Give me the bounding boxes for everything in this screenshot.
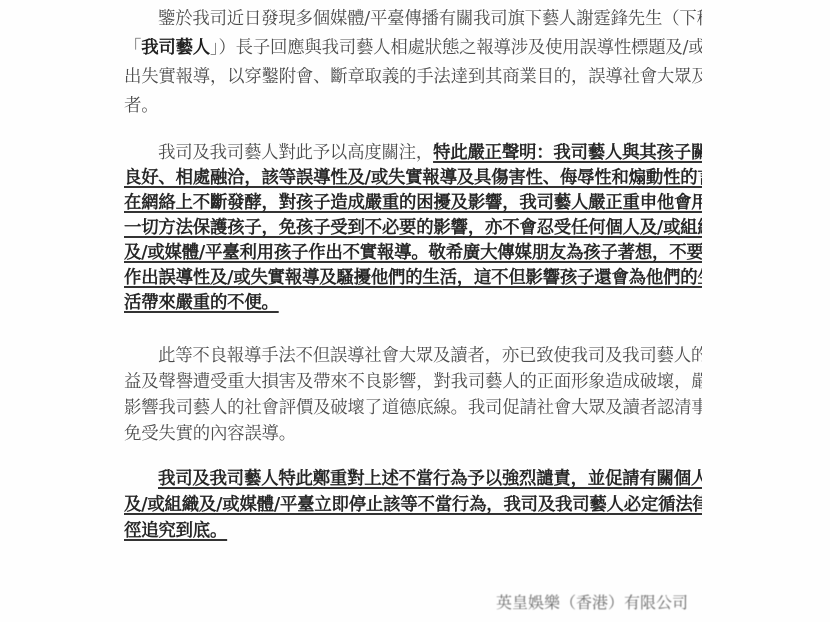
text-segment: 此等不良報導手法不但誤導社會大眾及讀者，亦已致使我司及我司藝人的權 [158, 346, 702, 366]
text-segment: 出失實報導，以穿鑿附會、斷章取義的手法達到其商業目的，誤導社會大眾及讀 [124, 67, 702, 87]
paragraph-line: 鑒於我司近日發現多個媒體/平臺傳播有關我司旗下藝人謝霆鋒先生（下稱 [124, 5, 702, 34]
paragraph-impact: 此等不良報導手法不但誤導社會大眾及讀者，亦已致使我司及我司藝人的權 益及聲譽遭受… [124, 343, 702, 447]
text-segment: 者。 [124, 96, 158, 116]
paragraph-declaration: 我司及我司藝人對此予以高度關注，特此嚴正聲明：我司藝人與其孩子關係 良好、相處融… [124, 141, 702, 316]
paragraph-line: 「我司藝人」）長子回應與我司藝人相處狀態之報導涉及使用誤導性標題及/或作 [124, 34, 702, 63]
paragraph-line: 活帶來嚴重的不便。 [124, 291, 702, 316]
text-segment: 益及聲譽遭受重大損害及帶來不良影響，對我司藝人的正面形象造成破壞，嚴重 [124, 372, 702, 392]
paragraph-line: 及/或組織及/或媒體/平臺立即停止該等不當行為，我司及我司藝人必定循法律途 [124, 492, 702, 518]
paragraph-line: 良好、相處融洽，該等誤導性及/或失實報導及具傷害性、侮辱性和煽動性的言論 [124, 166, 702, 191]
paragraph-line: 一切方法保護孩子，免孩子受到不必要的影響，亦不會忍受任何個人及/或組織 [124, 216, 702, 241]
text-segment: 影響我司藝人的社會評價及破壞了道德底線。我司促請社會大眾及讀者認清事實， [124, 398, 702, 418]
paragraph-line: 在網絡上不斷發酵，對孩子造成嚴重的困擾及影響，我司藝人嚴正重申他會用盡 [124, 191, 702, 216]
underlined-text: 及/或組織及/或媒體/平臺立即停止該等不當行為，我司及我司藝人必定循法律途 [124, 495, 702, 515]
underlined-text: 特此嚴正聲明：我司藝人與其孩子關係 [433, 143, 702, 163]
text-segment: 」）長子回應與我司藝人相處狀態之報導涉及使用誤導性標題及/或作 [210, 38, 702, 58]
paragraph-line: 我司及我司藝人特此鄭重對上述不當行為予以強烈譴責，並促請有關個人 [124, 466, 702, 492]
underlined-text: 一切方法保護孩子，免孩子受到不必要的影響，亦不會忍受任何個人及/或組織 [124, 218, 702, 238]
paragraph-line: 免受失實的內容誤導。 [124, 421, 702, 447]
paragraph-line: 出失實報導，以穿鑿附會、斷章取義的手法達到其商業目的，誤導社會大眾及讀 [124, 63, 702, 92]
paragraph-line: 此等不良報導手法不但誤導社會大眾及讀者，亦已致使我司及我司藝人的權 [124, 343, 702, 369]
statement-page: 鑒於我司近日發現多個媒體/平臺傳播有關我司旗下藝人謝霆鋒先生（下稱 「我司藝人」… [0, 0, 830, 622]
paragraph-line: 者。 [124, 92, 702, 121]
paragraph-line: 徑追究到底。 [124, 518, 702, 544]
paragraph-line: 益及聲譽遭受重大損害及帶來不良影響，對我司藝人的正面形象造成破壞，嚴重 [124, 369, 702, 395]
text-segment: 免受失實的內容誤導。 [124, 424, 296, 444]
underlined-text: 活帶來嚴重的不便。 [124, 293, 279, 313]
text-segment: 我司及我司藝人對此予以高度關注， [158, 143, 433, 163]
underlined-text: 作出誤導性及/或失實報導及騷擾他們的生活，這不但影響孩子還會為他們的生 [124, 268, 702, 288]
underlined-text: 良好、相處融洽，該等誤導性及/或失實報導及具傷害性、侮辱性和煽動性的言論 [124, 168, 702, 188]
underlined-text: 在網絡上不斷發酵，對孩子造成嚴重的困擾及影響，我司藝人嚴正重申他會用盡 [124, 193, 702, 213]
text-segment: 「 [124, 38, 141, 58]
paragraph-condemnation: 我司及我司藝人特此鄭重對上述不當行為予以強烈譴責，並促請有關個人 及/或組織及/… [124, 466, 702, 544]
underlined-text: 及/或媒體/平臺利用孩子作出不實報導。敬希廣大傳媒朋友為孩子著想，不要再 [124, 243, 702, 263]
paragraph-intro: 鑒於我司近日發現多個媒體/平臺傳播有關我司旗下藝人謝霆鋒先生（下稱 「我司藝人」… [124, 5, 702, 121]
paragraph-line: 我司及我司藝人對此予以高度關注，特此嚴正聲明：我司藝人與其孩子關係 [124, 141, 702, 166]
company-signature: 英皇娛樂（香港）有限公司 [496, 592, 688, 614]
underlined-text: 徑追究到底。 [124, 521, 227, 541]
paragraph-line: 及/或媒體/平臺利用孩子作出不實報導。敬希廣大傳媒朋友為孩子著想，不要再 [124, 241, 702, 266]
paragraph-line: 影響我司藝人的社會評價及破壞了道德底線。我司促請社會大眾及讀者認清事實， [124, 395, 702, 421]
text-segment: 鑒於我司近日發現多個媒體/平臺傳播有關我司旗下藝人謝霆鋒先生（下稱 [158, 9, 702, 29]
bold-text: 我司藝人 [141, 38, 210, 58]
underlined-text: 我司及我司藝人特此鄭重對上述不當行為予以強烈譴責，並促請有關個人 [158, 469, 702, 489]
paragraph-line: 作出誤導性及/或失實報導及騷擾他們的生活，這不但影響孩子還會為他們的生 [124, 266, 702, 291]
